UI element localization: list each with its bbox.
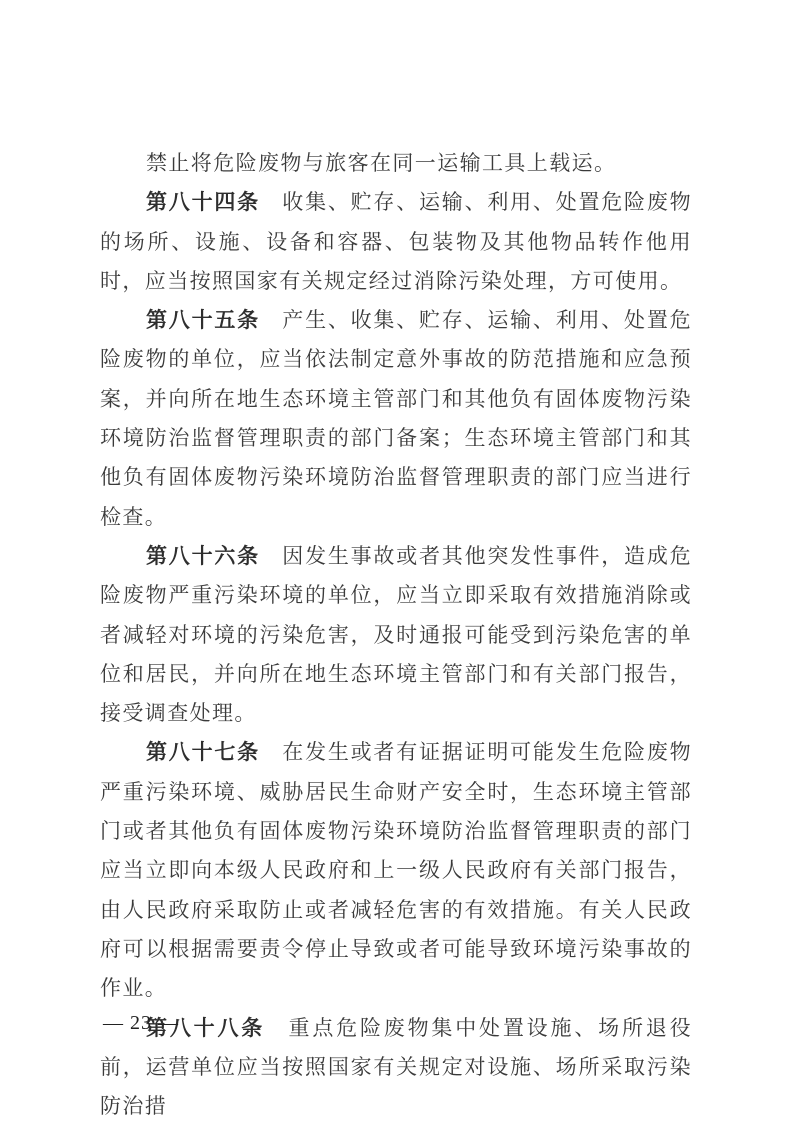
article-84: 第八十四条收集、贮存、运输、利用、处置危险废物的场所、设施、设备和容器、包装物及… [100,183,692,301]
article-text: 在发生或者有证据证明可能发生危险废物严重污染环境、威胁居民生命财产安全时，生态环… [100,740,692,1000]
article-text: 产生、收集、贮存、运输、利用、处置危险废物的单位，应当依法制定意外事故的防范措施… [100,308,692,528]
article-85: 第八十五条产生、收集、贮存、运输、利用、处置危险废物的单位，应当依法制定意外事故… [100,301,692,537]
article-number: 第八十七条 [146,740,260,764]
article-number: 第八十六条 [146,544,260,568]
article-text: 因发生事故或者其他突发性事件，造成危险废物严重污染环境的单位，应当立即采取有效措… [100,544,692,725]
page-number: — 23 — [103,1012,179,1035]
article-88: 第八十八条重点危险废物集中处置设施、场所退役前，运营单位应当按照国家有关规定对设… [100,1009,692,1122]
continuation-paragraph: 禁止将危险废物与旅客在同一运输工具上载运。 [100,144,692,183]
article-number: 第八十五条 [146,308,260,332]
article-86: 第八十六条因发生事故或者其他突发性事件，造成危险废物严重污染环境的单位，应当立即… [100,537,692,733]
article-87: 第八十七条在发生或者有证据证明可能发生危险废物严重污染环境、威胁居民生命财产安全… [100,733,692,1008]
page-body: 禁止将危险废物与旅客在同一运输工具上载运。 第八十四条收集、贮存、运输、利用、处… [100,144,692,1122]
article-number: 第八十四条 [146,190,260,214]
